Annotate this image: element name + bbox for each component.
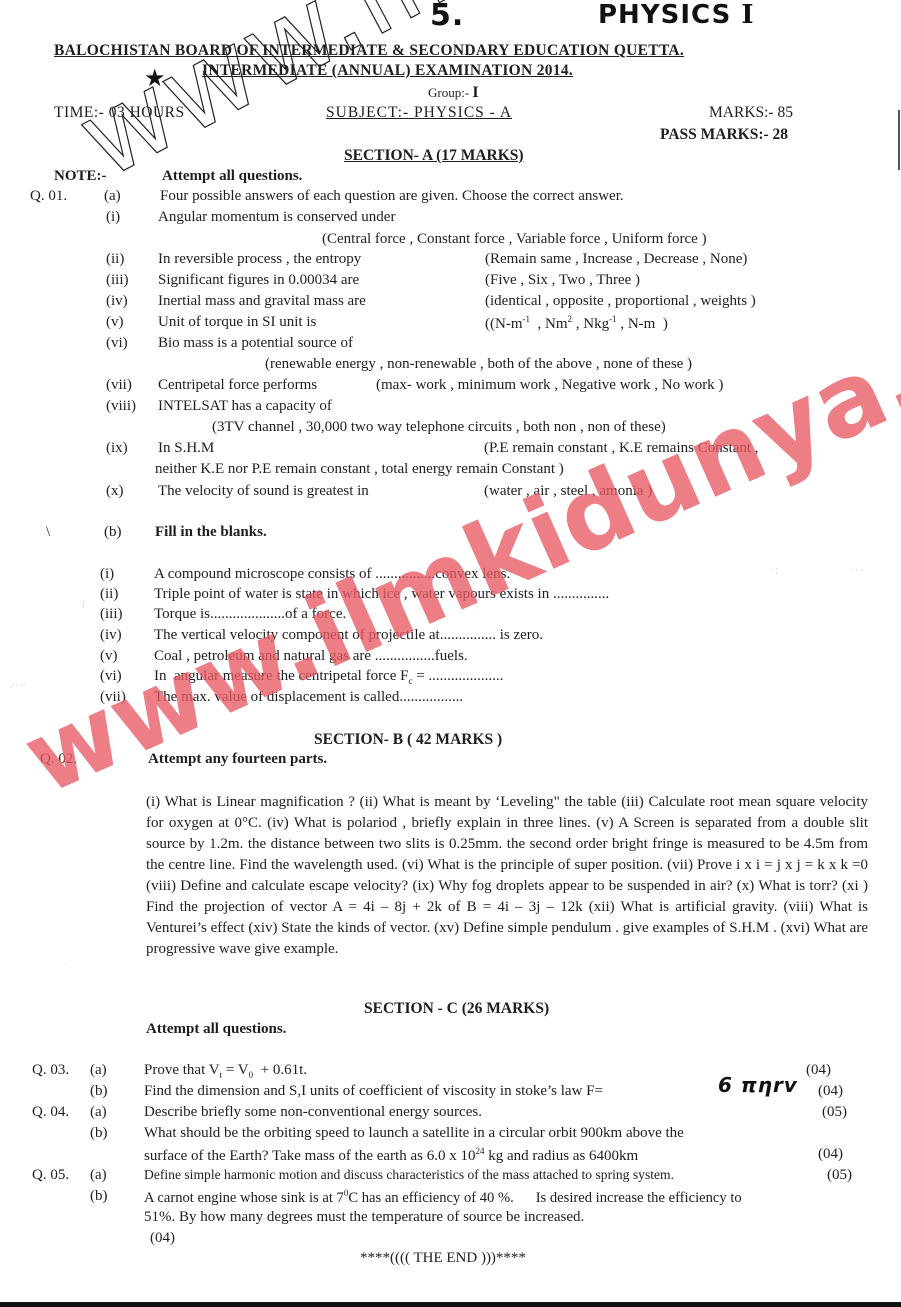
- mcq-options: (P.E remain constant , K.E remains Const…: [484, 440, 759, 457]
- question-text-continued: surface of the Earth? Take mass of the e…: [144, 1146, 638, 1165]
- mcq-number: (vi): [106, 335, 128, 352]
- mcq-number: (viii): [106, 398, 136, 415]
- end-marker: ****(((( THE END )))****: [360, 1250, 526, 1267]
- exam-title: INTERMEDIATE (ANNUAL) EXAMINATION 2014.: [202, 62, 573, 80]
- subject-label: SUBJECT:- PHYSICS - A: [326, 104, 512, 122]
- question-text: Find the dimension and S,I units of coef…: [144, 1083, 603, 1100]
- question-part: (a): [90, 1167, 107, 1184]
- q01-part-a-text: Four possible answers of each question a…: [160, 188, 624, 205]
- scan-artifact: .·· ··: [10, 680, 27, 690]
- question-part: (b): [90, 1125, 108, 1142]
- scan-right-edge: [898, 110, 900, 170]
- q02-instruction: Attempt any fourteen parts.: [148, 751, 327, 768]
- blank-statement: Triple point of water is state in which …: [154, 586, 609, 603]
- mcq-question: Unit of torque in SI unit is: [158, 314, 316, 331]
- blank-statement: The max. value of displacement is called…: [154, 689, 463, 706]
- star-icon: ★: [144, 64, 166, 93]
- handwritten-subject-note: PHYSICS I: [598, 0, 755, 30]
- question-marks: (04): [818, 1146, 843, 1163]
- mcq-options: (renewable energy , non-renewable , both…: [265, 356, 692, 373]
- mcq-question: Significant figures in 0.00034 are: [158, 272, 359, 289]
- mcq-options: (Central force , Constant force , Variab…: [322, 231, 707, 248]
- blank-number: (iii): [100, 606, 123, 623]
- mcq-number: (ix): [106, 440, 128, 457]
- mcq-options: (Remain same , Increase , Decrease , Non…: [485, 251, 747, 268]
- q01-part-a-label: (a): [104, 188, 121, 205]
- mcq-question: In reversible process , the entropy: [158, 251, 361, 268]
- time-label: TIME:- 03 HOURS: [54, 104, 185, 122]
- marks-label: MARKS:- 85: [709, 104, 793, 122]
- q02-body: (i) What is Linear magnification ? (ii) …: [146, 792, 868, 960]
- section-b-title: SECTION- B ( 42 MARKS ): [314, 731, 502, 749]
- mcq-question: In S.H.M: [158, 440, 214, 457]
- question-part: (a): [90, 1104, 107, 1121]
- blank-statement: The vertical velocity component of proje…: [154, 627, 543, 644]
- blank-number: (vii): [100, 689, 126, 706]
- mcq-number: (x): [106, 483, 124, 500]
- mcq-question: Angular momentum is conserved under: [158, 209, 395, 226]
- scan-bottom-edge: [0, 1302, 901, 1307]
- q01-label: Q. 01.: [30, 188, 67, 205]
- blank-number: (vi): [100, 668, 122, 685]
- mcq-question: The velocity of sound is greatest in: [158, 483, 369, 500]
- question-number: Q. 04.: [32, 1104, 69, 1121]
- mcq-number: (iv): [106, 293, 128, 310]
- question-part: (b): [90, 1188, 108, 1205]
- note-label: NOTE:-: [54, 168, 107, 185]
- q02-label: Q. 02.: [40, 751, 77, 768]
- question-text: A carnot engine whose sink is at 70C has…: [144, 1188, 742, 1207]
- note-text: Attempt all questions.: [162, 168, 302, 185]
- mcq-number: (v): [106, 314, 124, 331]
- question-part: (a): [90, 1062, 107, 1079]
- blank-number: (iv): [100, 627, 122, 644]
- question-marks: (05): [827, 1167, 852, 1184]
- mcq-options: (water , air , steel , amonia ): [484, 483, 652, 500]
- blank-statement: A compound microscope consists of ......…: [154, 566, 510, 583]
- q01-part-b-label: (b): [104, 524, 122, 541]
- question-marks: (04): [818, 1083, 843, 1100]
- blank-number: (v): [100, 648, 118, 665]
- mcq-options: (Five , Six , Two , Three ): [485, 272, 640, 289]
- mcq-options: (max- work , minimum work , Negative wor…: [376, 377, 723, 394]
- question-marks: (04): [806, 1062, 831, 1079]
- handwritten-paper-number: 5.: [430, 0, 464, 33]
- mcq-question: Centripetal force performs: [158, 377, 317, 394]
- section-c-instruction: Attempt all questions.: [146, 1021, 286, 1038]
- question-marks: (04): [150, 1230, 175, 1247]
- blank-number: (i): [100, 566, 114, 583]
- q01-part-b-text: Fill in the blanks.: [155, 524, 267, 541]
- board-title: BALOCHISTAN BOARD OF INTERMEDIATE & SECO…: [54, 42, 684, 60]
- question-number: Q. 05.: [32, 1167, 69, 1184]
- question-text: Prove that Vt = V0 + 0.61t.: [144, 1062, 307, 1080]
- mcq-options: (identical , opposite , proportional , w…: [485, 293, 756, 310]
- mcq-options: (3TV channel , 30,000 two way telephone …: [212, 419, 666, 436]
- question-text: Define simple harmonic motion and discus…: [144, 1167, 674, 1183]
- question-marks: (05): [822, 1104, 847, 1121]
- question-text: What should be the orbiting speed to lau…: [144, 1125, 684, 1142]
- blank-statement: Coal , petroleum and natural gas are ...…: [154, 648, 468, 665]
- blank-statement: Torque is....................of a force.: [154, 606, 346, 623]
- mcq-number: (vii): [106, 377, 132, 394]
- blank-statement: In angular measure the centripetal force…: [154, 668, 503, 686]
- mcq-number: (ii): [106, 251, 124, 268]
- mcq-number: (iii): [106, 272, 129, 289]
- question-number: Q. 03.: [32, 1062, 69, 1079]
- handwritten-formula: 6 πηrv: [718, 1073, 798, 1097]
- scan-artifact: · :: [770, 565, 778, 575]
- question-text-continued: 51%. By how many degrees must the temper…: [144, 1209, 584, 1226]
- question-part: (b): [90, 1083, 108, 1100]
- scan-artifact: · · ·: [850, 565, 864, 575]
- watermark-red: www.ilmkidunya.com: [7, 222, 901, 817]
- mcq-question: INTELSAT has a capacity of: [158, 398, 332, 415]
- section-a-title: SECTION- A (17 MARKS): [344, 147, 524, 165]
- question-text: Describe briefly some non-conventional e…: [144, 1104, 482, 1121]
- mcq-question: Inertial mass and gravital mass are: [158, 293, 366, 310]
- blank-number: (ii): [100, 586, 118, 603]
- mcq-options-continued: neither K.E nor P.E remain constant , to…: [155, 461, 564, 478]
- group-label: Group:- I: [428, 84, 479, 102]
- scan-artifact: ⁝: [82, 600, 85, 611]
- pass-marks-label: PASS MARKS:- 28: [660, 126, 788, 144]
- mcq-options: ((N-m-1 , Nm2 , Nkg-1 , N-m ): [485, 314, 668, 333]
- section-c-title: SECTION - C (26 MARKS): [364, 1000, 549, 1018]
- mcq-question: Bio mass is a potential source of: [158, 335, 353, 352]
- scan-artifact: ·: [65, 960, 68, 970]
- mcq-number: (i): [106, 209, 120, 226]
- stray-mark: \: [46, 524, 50, 541]
